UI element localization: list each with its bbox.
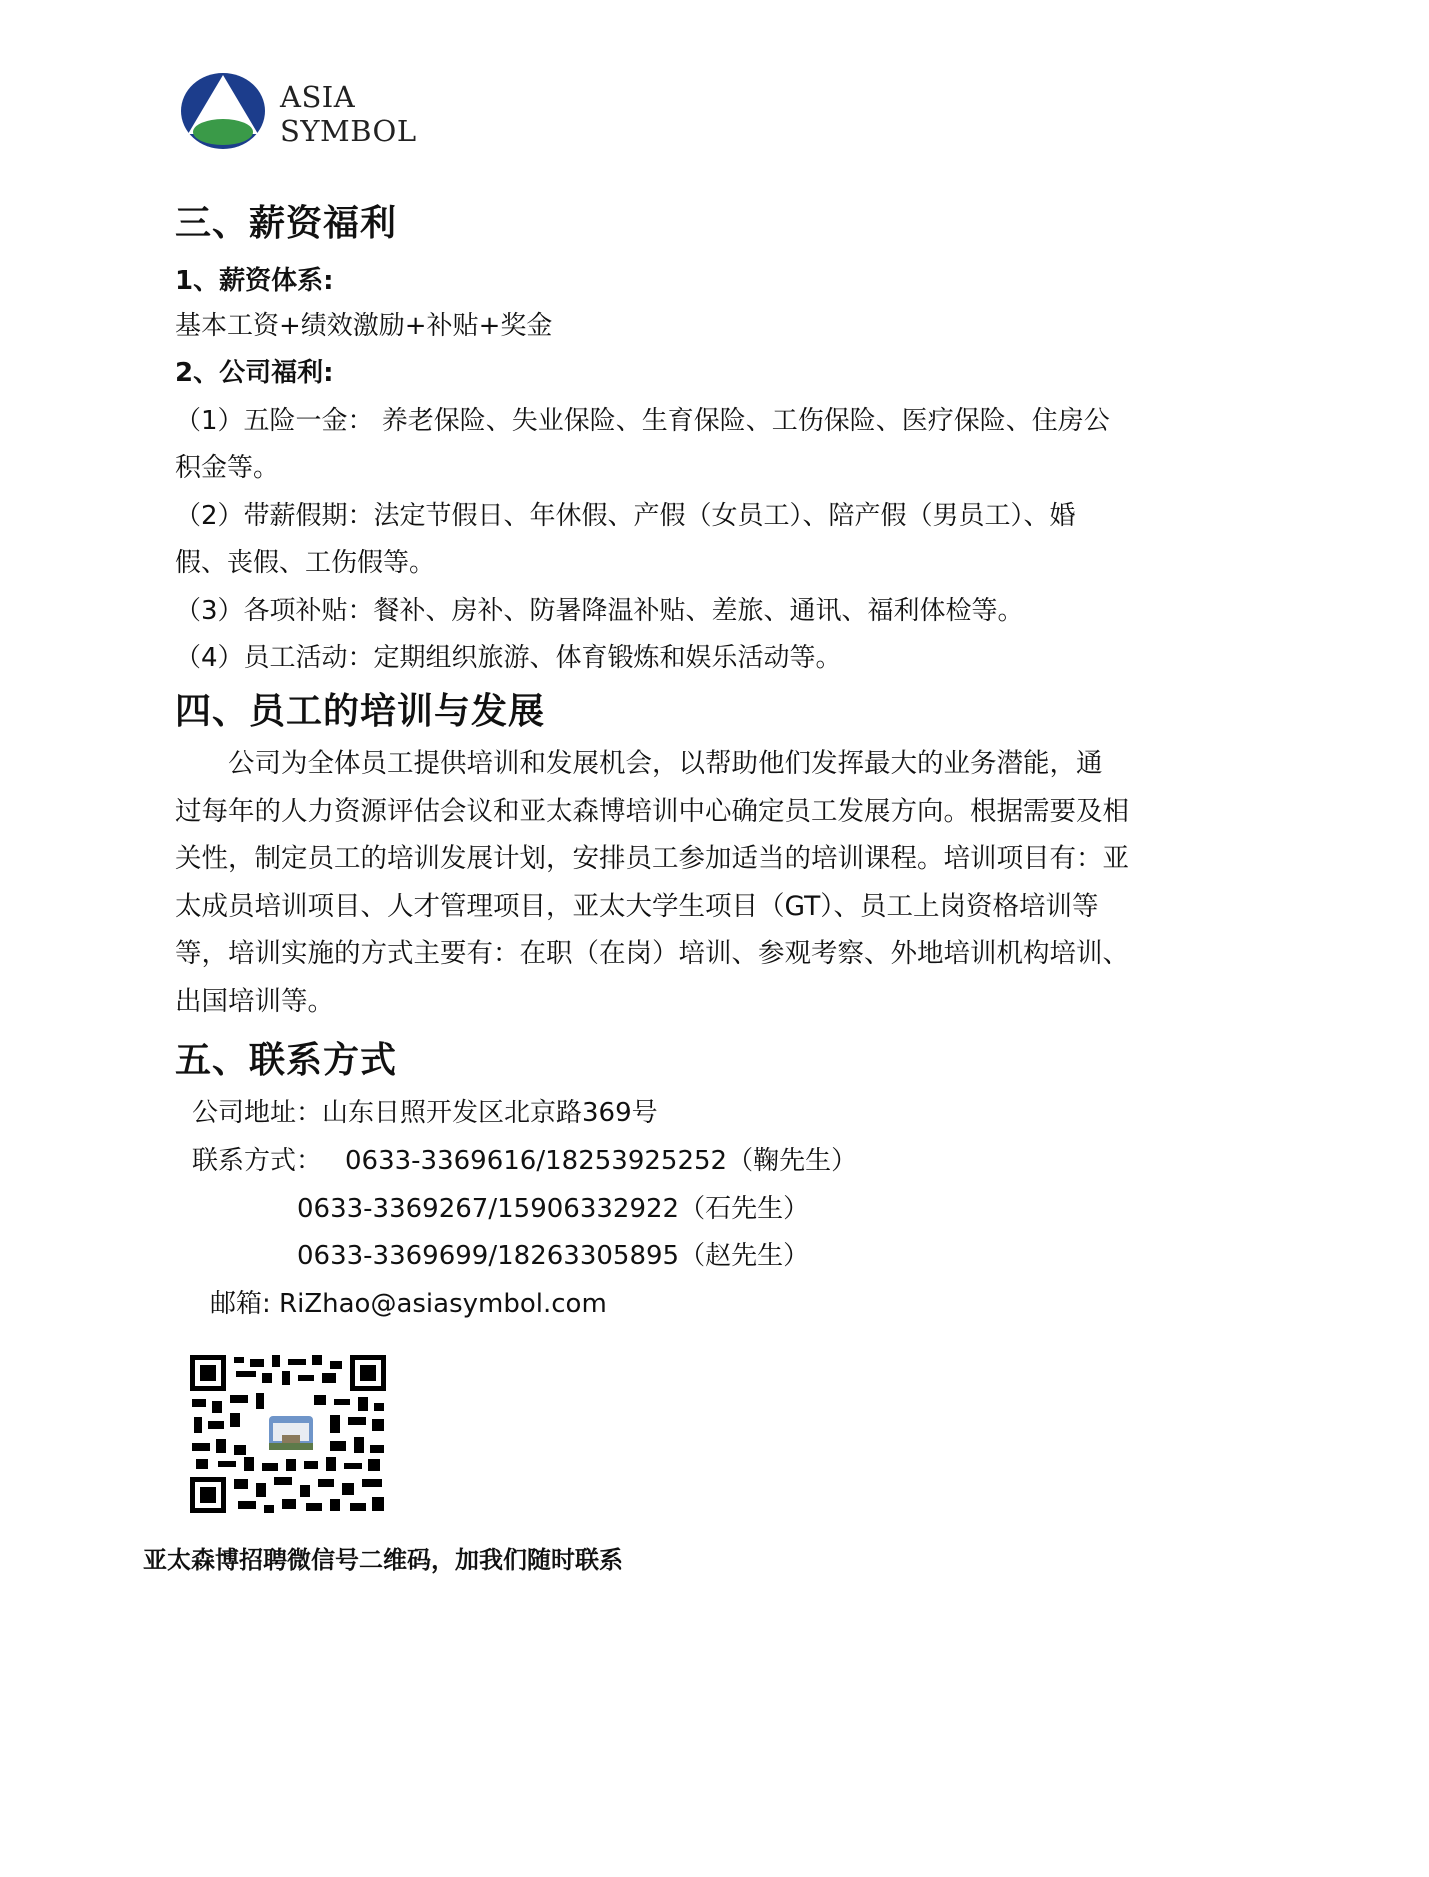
asia-symbol-logo-icon [180, 72, 266, 150]
training-line: 等，培训实施的方式主要有：在职（在岗）培训、参观考察、外地培训机构培训、 [175, 930, 1235, 978]
training-line: 公司为全体员工提供培训和发展机会，以帮助他们发挥最大的业务潜能，通 [175, 740, 1235, 788]
company-address: 公司地址：山东日照开发区北京路369号 [192, 1092, 658, 1129]
benefit-item-4: （4）员工活动：定期组织旅游、体育锻炼和娱乐活动等。 [175, 637, 842, 674]
salary-system-text: 基本工资+绩效激励+补贴+奖金 [175, 305, 552, 342]
section-5-title: 五、联系方式 [175, 1032, 397, 1083]
benefit-item-1-line-1: （1）五险一金： 养老保险、失业保险、生育保险、工伤保险、医疗保险、住房公 [175, 400, 1110, 437]
contact-phone-2: 0633-3369267/15906332922（石先生） [297, 1188, 809, 1225]
training-line: 过每年的人力资源评估会议和亚太森博培训中心确定员工发展方向。根据需要及相 [175, 788, 1235, 836]
benefit-item-2-line-2: 假、丧假、工伤假等。 [175, 542, 435, 579]
contact-email: 邮箱: RiZhao@asiasymbol.com [210, 1283, 607, 1320]
training-paragraph: 公司为全体员工提供培训和发展机会，以帮助他们发挥最大的业务潜能，通 过每年的人力… [175, 740, 1235, 1025]
section-4-title: 四、员工的培训与发展 [175, 683, 545, 734]
qr-code-icon [190, 1355, 386, 1513]
logo-wordmark: ASIA SYMBOL [280, 80, 417, 148]
contact-phone-1: 0633-3369616/18253925252（鞠先生） [345, 1140, 857, 1177]
training-line: 太成员培训项目、人才管理项目，亚太大学生项目（GT）、员工上岗资格培训等 [175, 883, 1235, 931]
benefits-heading: 2、公司福利: [175, 352, 334, 389]
benefit-item-3: （3）各项补贴：餐补、房补、防暑降温补贴、差旅、通讯、福利体检等。 [175, 590, 1024, 627]
salary-system-heading: 1、薪资体系: [175, 260, 334, 297]
contact-phone-3: 0633-3369699/18263305895（赵先生） [297, 1235, 809, 1272]
training-line: 出国培训等。 [175, 978, 1235, 1026]
logo-line-1: ASIA [280, 80, 417, 114]
company-logo: ASIA SYMBOL [180, 72, 420, 152]
logo-line-2: SYMBOL [280, 114, 417, 148]
qr-caption: 亚太森博招聘微信号二维码，加我们随时联系 [143, 1540, 623, 1575]
benefit-item-1-line-2: 积金等。 [175, 447, 279, 484]
contact-label: 联系方式： [192, 1140, 322, 1177]
wechat-qr-code [190, 1355, 386, 1513]
benefit-item-2-line-1: （2）带薪假期：法定节假日、年休假、产假（女员工）、陪产假（男员工）、婚 [175, 495, 1076, 532]
training-line: 关性，制定员工的培训发展计划，安排员工参加适当的培训课程。培训项目有：亚 [175, 835, 1235, 883]
section-3-title: 三、薪资福利 [175, 195, 397, 246]
